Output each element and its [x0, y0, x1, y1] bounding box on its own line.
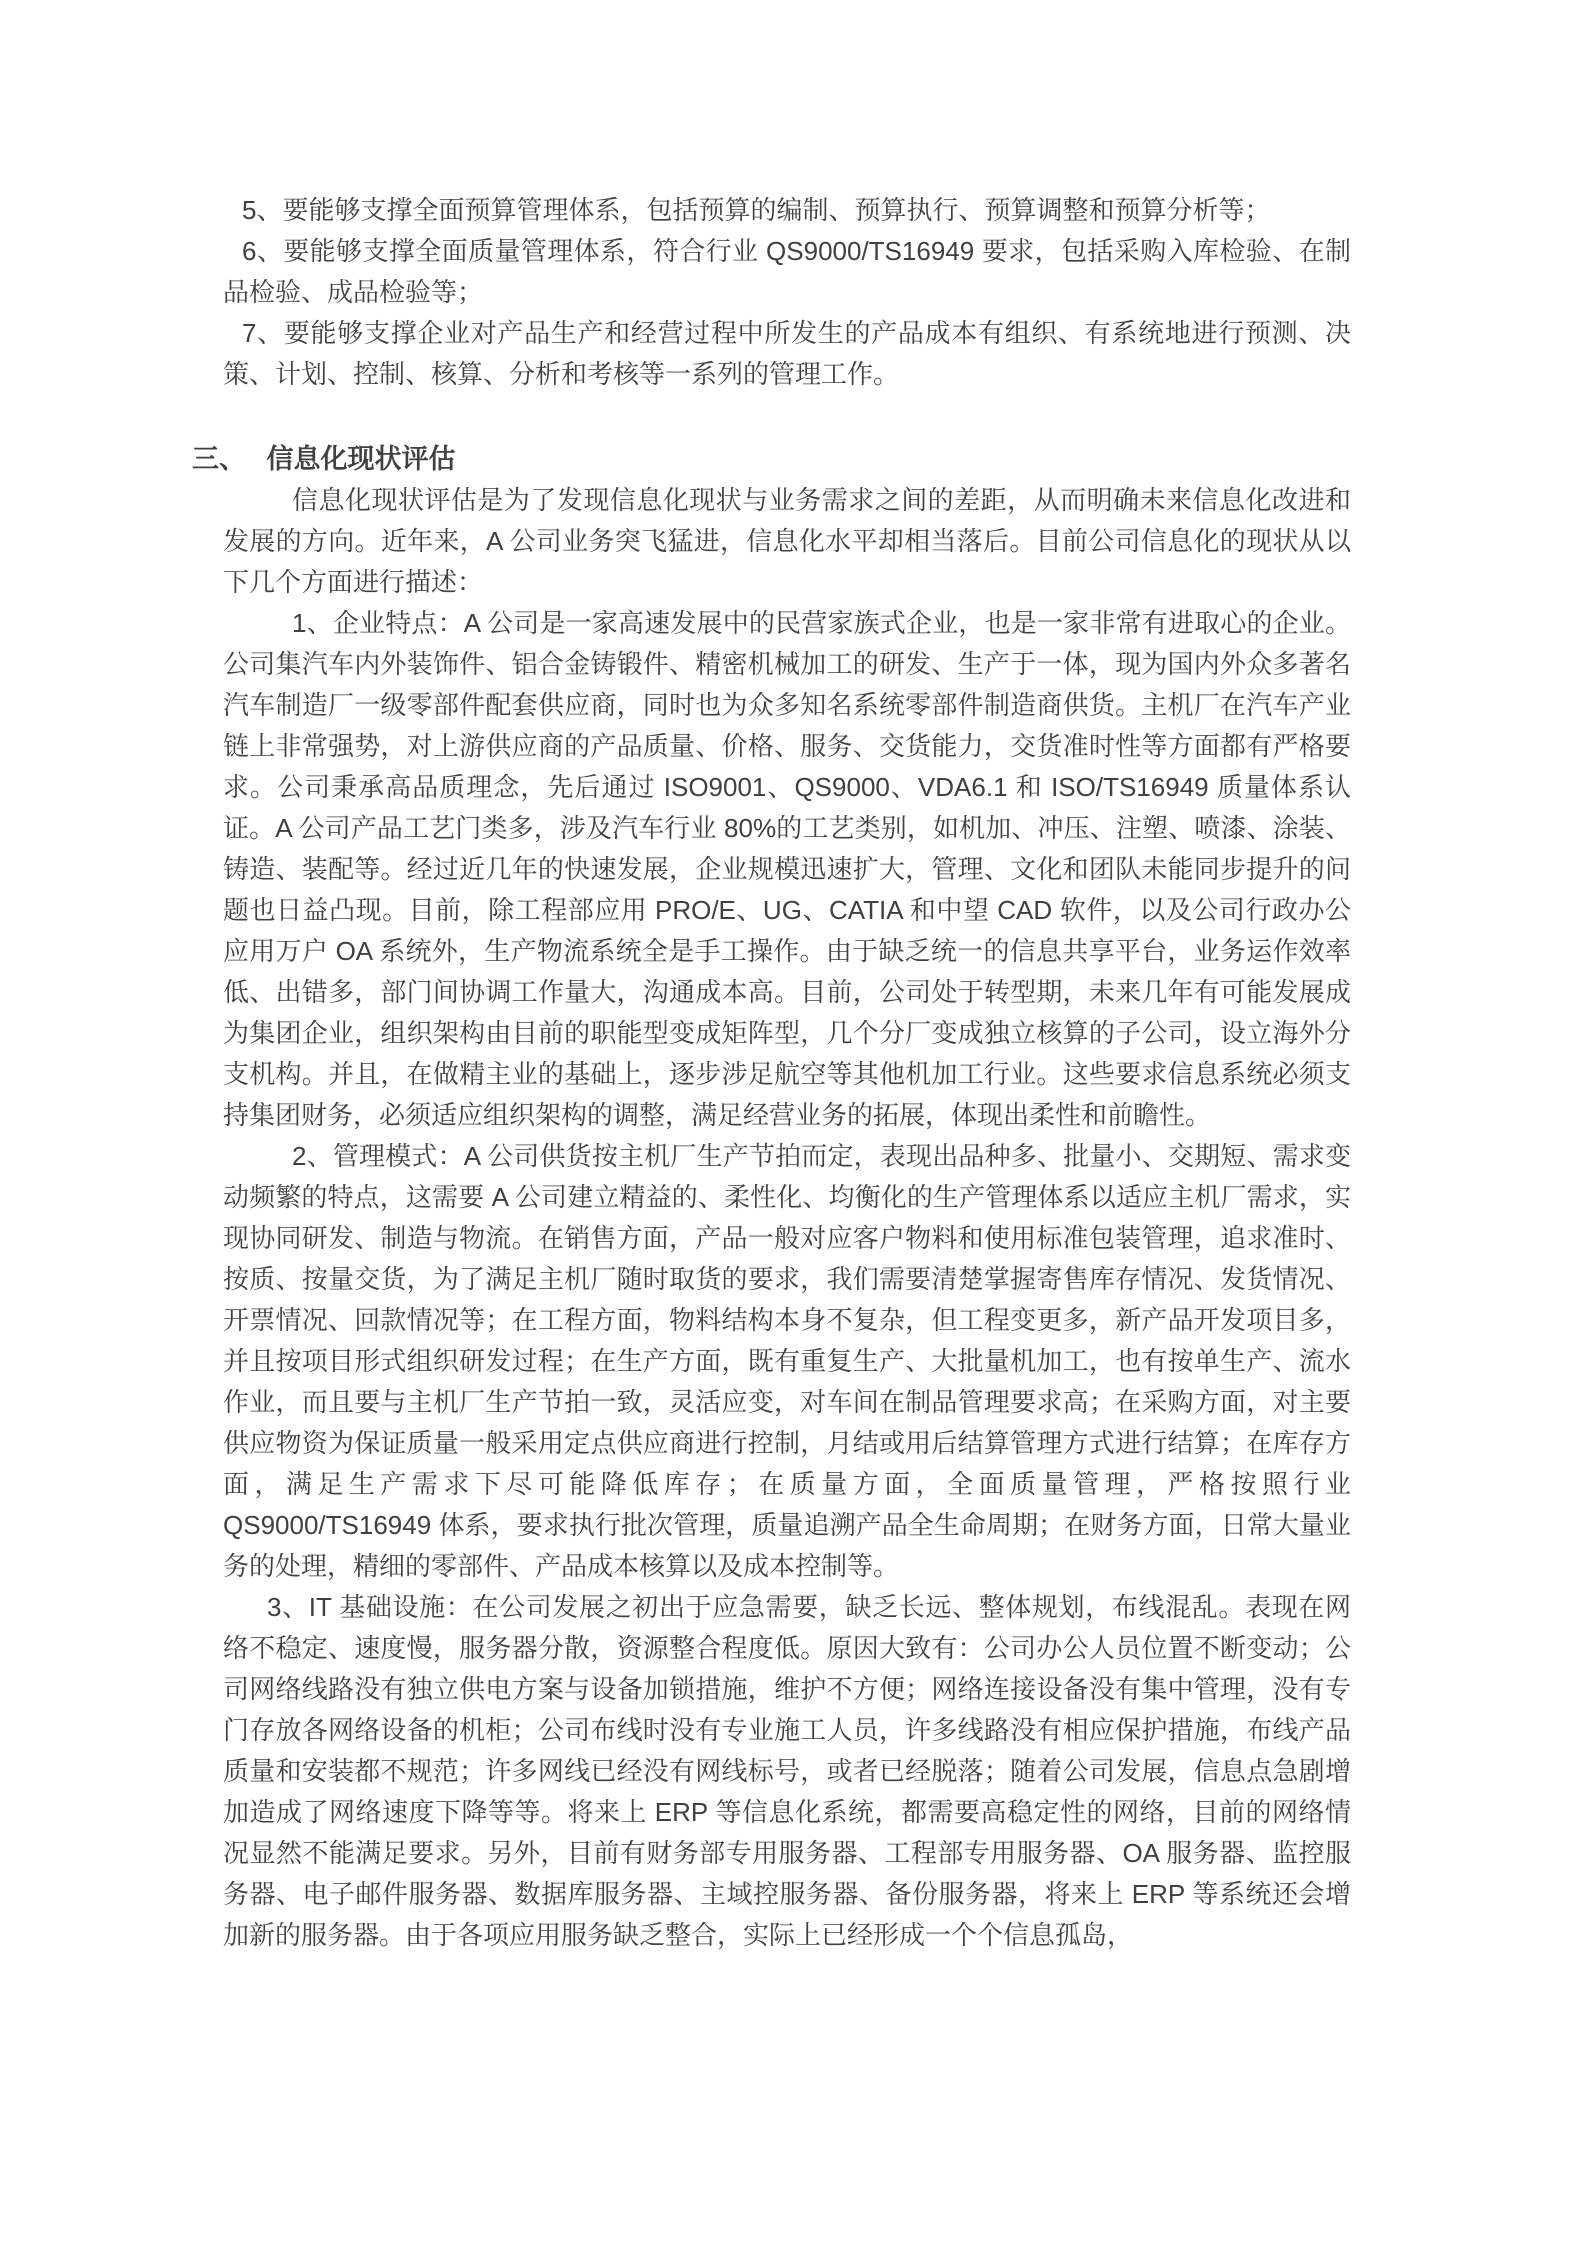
- requirement-item-6: 6、要能够支撑全面质量管理体系，符合行业 QS9000/TS16949 要求，包…: [223, 231, 1351, 313]
- paragraph-2-management-model: 2、管理模式：A 公司供货按主机厂生产节拍而定，表现出品种多、批量小、交期短、需…: [223, 1136, 1351, 1587]
- section-heading-number: 三、: [192, 444, 246, 474]
- paragraph-3-it-infrastructure: 3、IT 基础设施：在公司发展之初出于应急需要，缺乏长远、整体规划，布线混乱。表…: [223, 1587, 1351, 1956]
- requirement-item-5: 5、要能够支撑全面预算管理体系，包括预算的编制、预算执行、预算调整和预算分析等；: [223, 190, 1351, 231]
- section-heading: 三、 信息化现状评估: [192, 439, 1351, 480]
- paragraph-intro-assessment: 信息化现状评估是为了发现信息化现状与业务需求之间的差距，从而明确未来信息化改进和…: [223, 480, 1351, 603]
- document-page: 5、要能够支撑全面预算管理体系，包括预算的编制、预算执行、预算调整和预算分析等；…: [0, 0, 1587, 2245]
- paragraph-1-enterprise-features: 1、企业特点：A 公司是一家高速发展中的民营家族式企业，也是一家非常有进取心的企…: [223, 603, 1351, 1136]
- section-heading-title: 信息化现状评估: [267, 444, 456, 474]
- requirement-item-7: 7、要能够支撑企业对产品生产和经营过程中所发生的产品成本有组织、有系统地进行预测…: [223, 313, 1351, 395]
